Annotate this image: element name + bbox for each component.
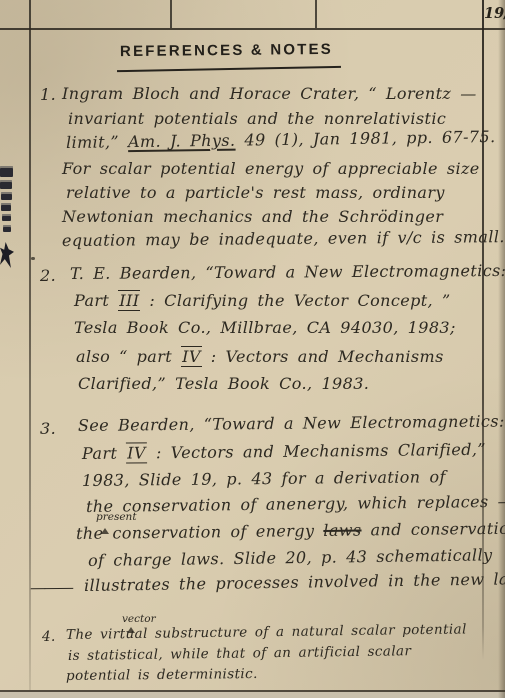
ref3-line2-post: : Vectors and Mechanisms Clarified,” <box>147 440 486 463</box>
ref1-line6: Newtonian mechanics and the Schrödinger <box>62 207 443 226</box>
edge-mark <box>1 192 12 200</box>
ref3-line5-pre: the conservation of energy <box>76 521 324 543</box>
ref2-line2: Part III : Clarifying the Vector Concept… <box>74 291 451 310</box>
ref2-roman-iv: IV <box>181 346 202 367</box>
ref2-line3: Tesla Book Co., Millbrae, CA 94030, 1983… <box>74 318 456 337</box>
page-bottom-edge <box>0 692 505 698</box>
header-tick-3 <box>315 0 317 28</box>
ref1-line1: Ingram Bloch and Horace Crater, “ Lorent… <box>62 84 477 103</box>
edge-mark <box>1 203 11 211</box>
page-number: 19/ <box>484 5 505 22</box>
ref3-line2-pre: Part <box>82 444 126 463</box>
right-edge-shadow <box>498 0 505 698</box>
ref2-line4-pre: also “ part <box>76 347 181 366</box>
edge-mark <box>3 225 11 232</box>
ref4-number: 4. <box>42 629 56 645</box>
ref3-line3: 1983, Slide 19, p. 43 for a derivation o… <box>82 467 446 490</box>
edge-ink-blob <box>0 242 14 268</box>
edge-mark <box>2 214 11 221</box>
ref3-margin-dash: ——— <box>30 578 72 597</box>
ref4-line3: potential is deterministic. <box>66 666 258 684</box>
ref1-line3-pre: limit,” <box>66 132 128 152</box>
ref3-inserted-word: present <box>96 511 137 523</box>
ref2-line1: T. E. Bearden, “Toward a New Electromagn… <box>70 261 505 283</box>
edge-mark <box>0 166 13 177</box>
edge-mark <box>0 180 12 189</box>
ref1-journal: Am. J. Phys. <box>128 131 236 151</box>
page-title: REFERENCES & NOTES <box>120 41 333 60</box>
ref1-number: 1. <box>40 85 56 104</box>
ref2-number: 2. <box>40 266 56 285</box>
ref1-line7: equation may be inadequate, even if v/c … <box>62 227 505 250</box>
ref3-number: 3. <box>40 419 56 438</box>
ref3-struck-word: laws <box>323 521 361 540</box>
ref2-line2-post: : Clarifying the Vector Concept, ” <box>140 291 450 310</box>
title-underline <box>117 66 341 72</box>
ref2-roman-iii: III <box>118 290 140 311</box>
ref3-line5-post: and conservation <box>361 519 505 540</box>
ref1-line5: relative to a particle's rest mass, ordi… <box>66 183 445 202</box>
ref1-line3: limit,” Am. J. Phys. 49 (1), Jan 1981, p… <box>66 127 496 152</box>
ref1-line4: For scalar potential energy of appreciab… <box>62 159 480 178</box>
ref4-inserted-word: vector <box>122 613 156 625</box>
ref2-line4: also “ part IV : Vectors and Mechanisms <box>76 347 444 366</box>
ref2-line2-pre: Part <box>74 291 118 310</box>
ref4-line2: is statistical, while that of an artific… <box>68 643 412 664</box>
ref2-line4-post: : Vectors and Mechanisms <box>202 347 444 366</box>
edge-speck <box>31 257 35 260</box>
header-tick-2 <box>170 0 172 28</box>
ref3-line5: the conservation of energy laws and cons… <box>76 519 505 543</box>
ref1-line3-post: 49 (1), Jan 1981, pp. 67-75. <box>235 127 495 150</box>
header-tick-1 <box>29 0 31 28</box>
ref3-roman-iv: IV <box>126 442 147 463</box>
ref1-line2: invariant potentials and the nonrelativi… <box>68 109 446 128</box>
top-rule-line <box>0 28 505 30</box>
ref3-line2: Part IV : Vectors and Mechanisms Clarifi… <box>82 440 486 463</box>
scanned-notebook-page: 19/ REFERENCES & NOTES 1. Ingram Bloch a… <box>0 0 505 698</box>
ref2-line5: Clarified,” Tesla Book Co., 1983. <box>78 374 369 393</box>
ref3-line6: of charge laws. Slide 20, p. 43 schemati… <box>88 545 493 570</box>
ref3-line4: the conservation of anenergy, which repl… <box>86 492 505 516</box>
ref3-line7: illustrates the processes involved in th… <box>84 569 505 595</box>
ref3-line1: See Bearden, “Toward a New Electromagnet… <box>78 412 505 435</box>
